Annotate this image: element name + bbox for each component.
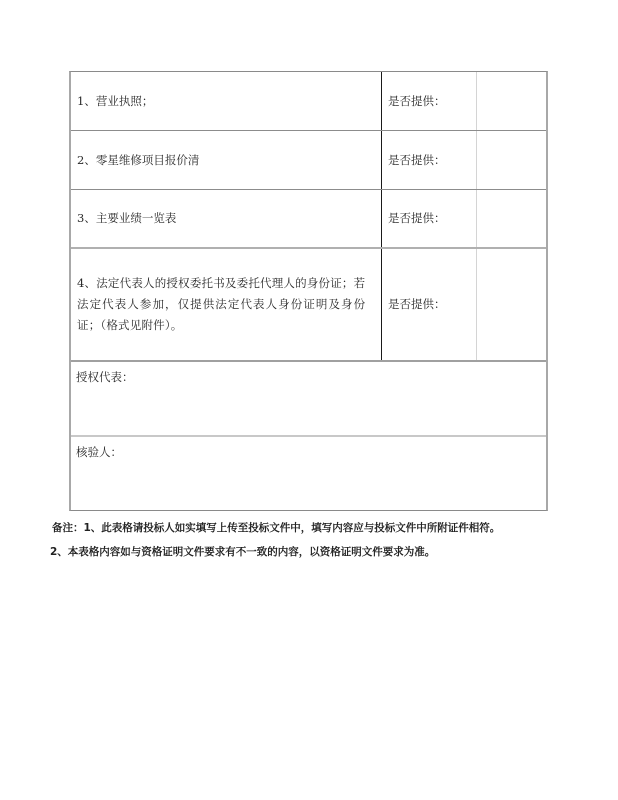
- provided-label: 是否提供：: [388, 208, 446, 229]
- item-text: 2、零星维修项目报价清: [77, 150, 199, 171]
- table-row-authorization-letter: 4、法定代表人的授权委托书及委托代理人的身份证；若 法定代表人参加，仅提供法定代…: [71, 249, 546, 362]
- table-row-repair-quote: 2、零星维修项目报价清 是否提供：: [71, 131, 546, 190]
- provided-value-field[interactable]: [477, 249, 546, 360]
- table-row-business-license: 1、营业执照； 是否提供：: [71, 72, 546, 131]
- provided-label-cell: 是否提供：: [382, 131, 477, 189]
- table-row-authorized-representative: 授权代表：: [71, 362, 546, 437]
- verifier-label: 核验人：: [76, 442, 122, 463]
- item-text-line: 4、法定代表人的授权委托书及委托代理人的身份证；若: [77, 273, 365, 294]
- provided-label-cell: 是否提供：: [382, 249, 477, 360]
- item-cell: 2、零星维修项目报价清: [71, 131, 382, 189]
- remark-line: 2、本表格内容如与资格证明文件要求有不一致的内容，以资格证明文件要求为准。: [50, 540, 590, 564]
- signature-cell[interactable]: 核验人：: [71, 437, 546, 510]
- item-text-line: 证；（格式见附件）。: [77, 315, 365, 336]
- item-text-multiline: 4、法定代表人的授权委托书及委托代理人的身份证；若 法定代表人参加，仅提供法定代…: [77, 273, 365, 336]
- qualification-checklist-table: 1、营业执照； 是否提供： 2、零星维修项目报价清 是否提供： 3、主要业绩一览…: [69, 71, 548, 511]
- provided-label-cell: 是否提供：: [382, 72, 477, 130]
- provided-label: 是否提供：: [388, 91, 446, 112]
- item-text: 3、主要业绩一览表: [77, 208, 176, 229]
- provided-label: 是否提供：: [388, 294, 446, 315]
- signature-cell[interactable]: 授权代表：: [71, 362, 546, 435]
- remark-line: 备注：1、此表格请投标人如实填写上传至投标文件中，填写内容应与投标文件中所附证件…: [50, 516, 590, 540]
- authorized-representative-label: 授权代表：: [76, 367, 134, 388]
- provided-label-cell: 是否提供：: [382, 190, 477, 247]
- item-cell: 1、营业执照；: [71, 72, 382, 130]
- provided-value-field[interactable]: [477, 131, 546, 189]
- item-text-line: 法定代表人参加，仅提供法定代表人身份证明及身份: [77, 294, 365, 315]
- provided-value-field[interactable]: [477, 190, 546, 247]
- item-cell: 4、法定代表人的授权委托书及委托代理人的身份证；若 法定代表人参加，仅提供法定代…: [71, 249, 382, 360]
- document-page: 1、营业执照； 是否提供： 2、零星维修项目报价清 是否提供： 3、主要业绩一览…: [0, 0, 618, 800]
- provided-value-field[interactable]: [477, 72, 546, 130]
- provided-label: 是否提供：: [388, 150, 446, 171]
- item-cell: 3、主要业绩一览表: [71, 190, 382, 247]
- table-row-performance-list: 3、主要业绩一览表 是否提供：: [71, 190, 546, 249]
- item-text: 1、营业执照；: [77, 91, 153, 112]
- remarks-section: 备注：1、此表格请投标人如实填写上传至投标文件中，填写内容应与投标文件中所附证件…: [50, 516, 590, 564]
- table-row-verifier: 核验人：: [71, 437, 546, 510]
